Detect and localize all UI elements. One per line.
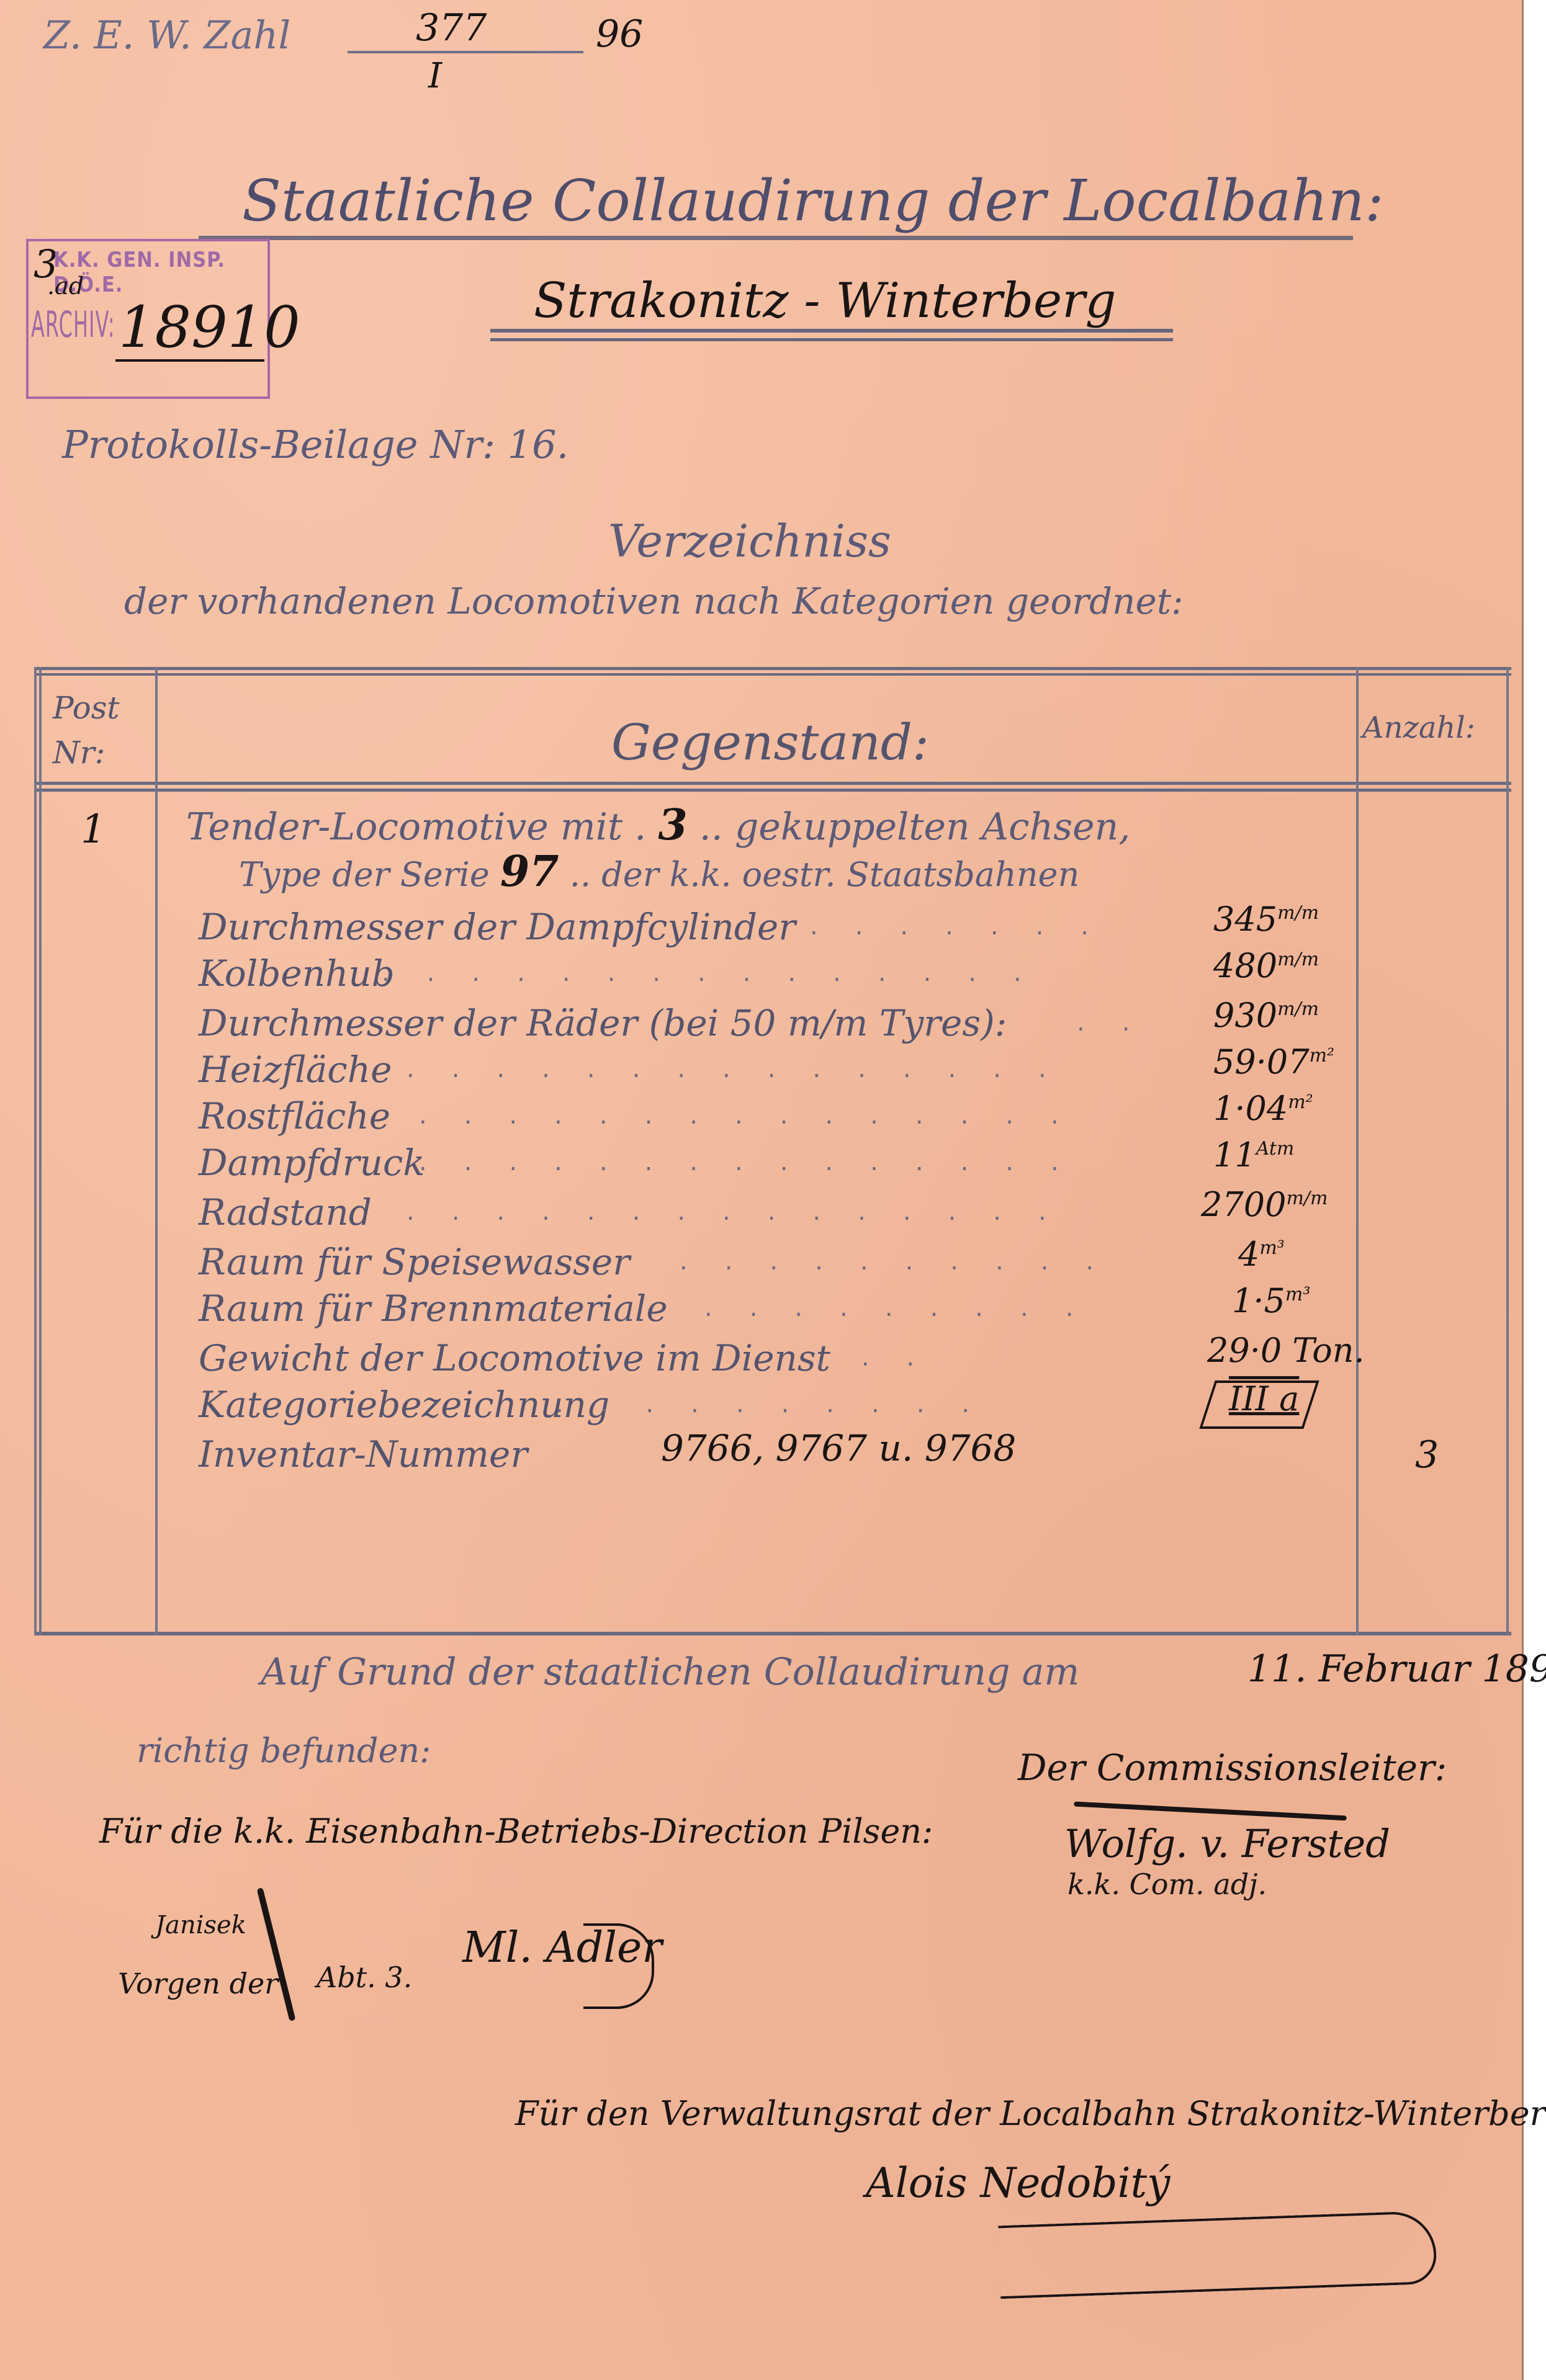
leader-dots: .......... bbox=[555, 1390, 1176, 1418]
leader-dots: .......... bbox=[680, 1247, 1189, 1276]
document-page: Z. E. W. Zahl 377 I 96 Staatliche Collau… bbox=[0, 0, 1524, 2380]
table-bottom-rule bbox=[34, 1632, 1511, 1635]
desc2-pre: Type der Serie bbox=[239, 855, 490, 894]
commission-leader-label: Der Commissionsleiter: bbox=[1018, 1747, 1447, 1789]
row-description-line2: Type der Serie 97 .. der k.k. oestr. Sta… bbox=[239, 847, 1079, 897]
list-title: Verzeichniss bbox=[608, 515, 891, 567]
spec-label: Durchmesser der Räder (bei 50 m/m Tyres)… bbox=[199, 1002, 1007, 1044]
spec-value: 930m/m bbox=[1213, 996, 1319, 1035]
approval-statement-2: richtig befunden: bbox=[137, 1731, 431, 1770]
ref-sub: I bbox=[428, 56, 442, 96]
stamp-archive-number: 18910 bbox=[119, 294, 300, 360]
spec-value: 1·5m³ bbox=[1232, 1281, 1310, 1320]
row-post-number: 1 bbox=[81, 807, 106, 852]
header-post-nr: Post Nr: bbox=[53, 686, 119, 775]
signature-flourish bbox=[998, 2211, 1437, 2299]
table-left-border bbox=[34, 667, 42, 1635]
leader-dots: ......... bbox=[704, 1294, 1189, 1322]
spec-value: 1·04m² bbox=[1213, 1089, 1313, 1128]
spec-label: Kolbenhub bbox=[199, 952, 395, 995]
signature-flourish bbox=[583, 1923, 654, 2009]
directorate-signature-1: Janisek bbox=[155, 1911, 246, 1939]
spec-value: 2700m/m bbox=[1201, 1185, 1328, 1224]
spec-value: 345m/m bbox=[1213, 900, 1319, 939]
list-subtitle: der vorhandenen Locomotiven nach Kategor… bbox=[124, 580, 1184, 622]
row-description-line1: Tender-Locomotive mit . 3 .. gekuppelten… bbox=[186, 800, 1130, 850]
attachment-label: Protokolls-Beilage Nr: 16. bbox=[62, 422, 569, 467]
spec-label: Heizfläche bbox=[199, 1049, 392, 1091]
spec-label: Durchmesser der Dampfcylinder bbox=[199, 906, 796, 948]
ref-year: 96 bbox=[596, 12, 643, 56]
spec-label: Rostfläche bbox=[199, 1095, 390, 1137]
leader-dots: ....... bbox=[810, 912, 1182, 941]
stamp-archive-label: ARCHIV: bbox=[31, 303, 115, 346]
inventory-numbers: 9766, 9767 u. 9768 bbox=[661, 1427, 1016, 1469]
column-divider-post bbox=[155, 667, 158, 1635]
spec-label: Raum für Brennmateriale bbox=[199, 1287, 668, 1330]
table-right-border bbox=[1506, 667, 1509, 1635]
reference-number-fraction: 377 I 96 bbox=[348, 6, 596, 99]
ref-number: 377 bbox=[416, 6, 487, 50]
locomotive-table: Post Nr: Gegenstand: Anzahl: 1 Tender-Lo… bbox=[34, 667, 1511, 1638]
title-underline bbox=[199, 236, 1353, 240]
spec-value: 29·0 Ton. bbox=[1207, 1331, 1365, 1370]
commission-leader-signature: Wolfg. v. Fersted bbox=[1064, 1821, 1390, 1866]
spec-value: 59·07m² bbox=[1213, 1042, 1334, 1081]
leader-dots: ............... bbox=[407, 1055, 1189, 1083]
signature-stroke bbox=[257, 1887, 296, 2021]
directorate-label: Für die k.k. Eisenbahn-Betriebs-Directio… bbox=[99, 1812, 933, 1851]
spec-label: Dampfdruck bbox=[199, 1142, 425, 1184]
header-reference: Z. E. W. Zahl bbox=[43, 12, 290, 58]
stamp-authority: K.K. GEN. INSP. D.Ö.E. bbox=[53, 248, 267, 297]
spec-value: 480m/m bbox=[1213, 946, 1319, 985]
approval-date: 11. Februar 1896 bbox=[1247, 1647, 1546, 1691]
column-divider-anzahl bbox=[1356, 667, 1359, 1635]
header-anzahl: Anzahl: bbox=[1362, 710, 1475, 745]
header-ref-prefix: Z. E. W. Zahl bbox=[43, 12, 290, 58]
document-subtitle: Strakonitz - Winterberg bbox=[534, 273, 1116, 329]
board-label: Für den Verwaltungsrat der Localbahn Str… bbox=[515, 2094, 1546, 2133]
stamp-underline bbox=[115, 359, 264, 362]
fraction-line bbox=[348, 51, 583, 53]
directorate-signature-abt: Abt. 3. bbox=[317, 1961, 412, 1994]
desc1-post: gekuppelten Achsen, bbox=[735, 805, 1130, 849]
spec-label: Radstand bbox=[199, 1191, 372, 1233]
desc1-pre: Tender-Locomotive mit bbox=[186, 805, 622, 849]
approval-statement: Auf Grund der staatlichen Collaudirung a… bbox=[261, 1650, 1079, 1694]
signature-stroke bbox=[1074, 1801, 1347, 1820]
inventory-label: Inventar-Nummer bbox=[199, 1433, 528, 1475]
board-signature: Alois Nedobitý bbox=[866, 2159, 1170, 2207]
directorate-signature-line2: Vorgen der bbox=[118, 1967, 278, 2000]
spec-value: 11Atm bbox=[1213, 1135, 1294, 1174]
table-header-rule bbox=[34, 782, 1511, 792]
header-gegenstand: Gegenstand: bbox=[611, 714, 929, 771]
spec-label: Kategoriebezeichnung bbox=[199, 1384, 609, 1426]
header-post: Post bbox=[53, 686, 119, 730]
anzahl-value: 3 bbox=[1415, 1433, 1439, 1477]
leader-dots: ... bbox=[816, 1343, 1189, 1372]
leader-dots: ............... bbox=[407, 1197, 1189, 1226]
spec-label: Raum für Speisewasser bbox=[199, 1241, 630, 1283]
leader-dots: .. bbox=[1077, 1008, 1189, 1037]
desc2-post: der k.k. oestr. Staatsbahnen bbox=[601, 855, 1079, 894]
commission-leader-title: k.k. Com. adj. bbox=[1067, 1868, 1267, 1901]
subtitle-underline bbox=[490, 329, 1173, 333]
series-number: 97 bbox=[500, 847, 559, 897]
header-nr: Nr: bbox=[53, 730, 119, 775]
spec-label: Gewicht der Locomotive im Dienst bbox=[199, 1337, 830, 1379]
leader-dots: ............... bbox=[382, 959, 1189, 987]
category-value: III a bbox=[1229, 1379, 1299, 1418]
spec-value: 4m³ bbox=[1238, 1235, 1285, 1274]
leader-dots: ............... bbox=[419, 1101, 1189, 1130]
archive-stamp: 3 K.K. GEN. INSP. D.Ö.E. .ad ARCHIV: 189… bbox=[26, 239, 270, 399]
axle-count: 3 bbox=[658, 800, 687, 850]
leader-dots: ............... bbox=[419, 1148, 1189, 1176]
stamp-handwritten-ad: .ad bbox=[47, 272, 84, 300]
document-title: Staatliche Collaudirung der Localbahn: bbox=[242, 168, 1384, 234]
subtitle-underline-2 bbox=[490, 338, 1173, 341]
table-top-rule bbox=[34, 667, 1511, 676]
